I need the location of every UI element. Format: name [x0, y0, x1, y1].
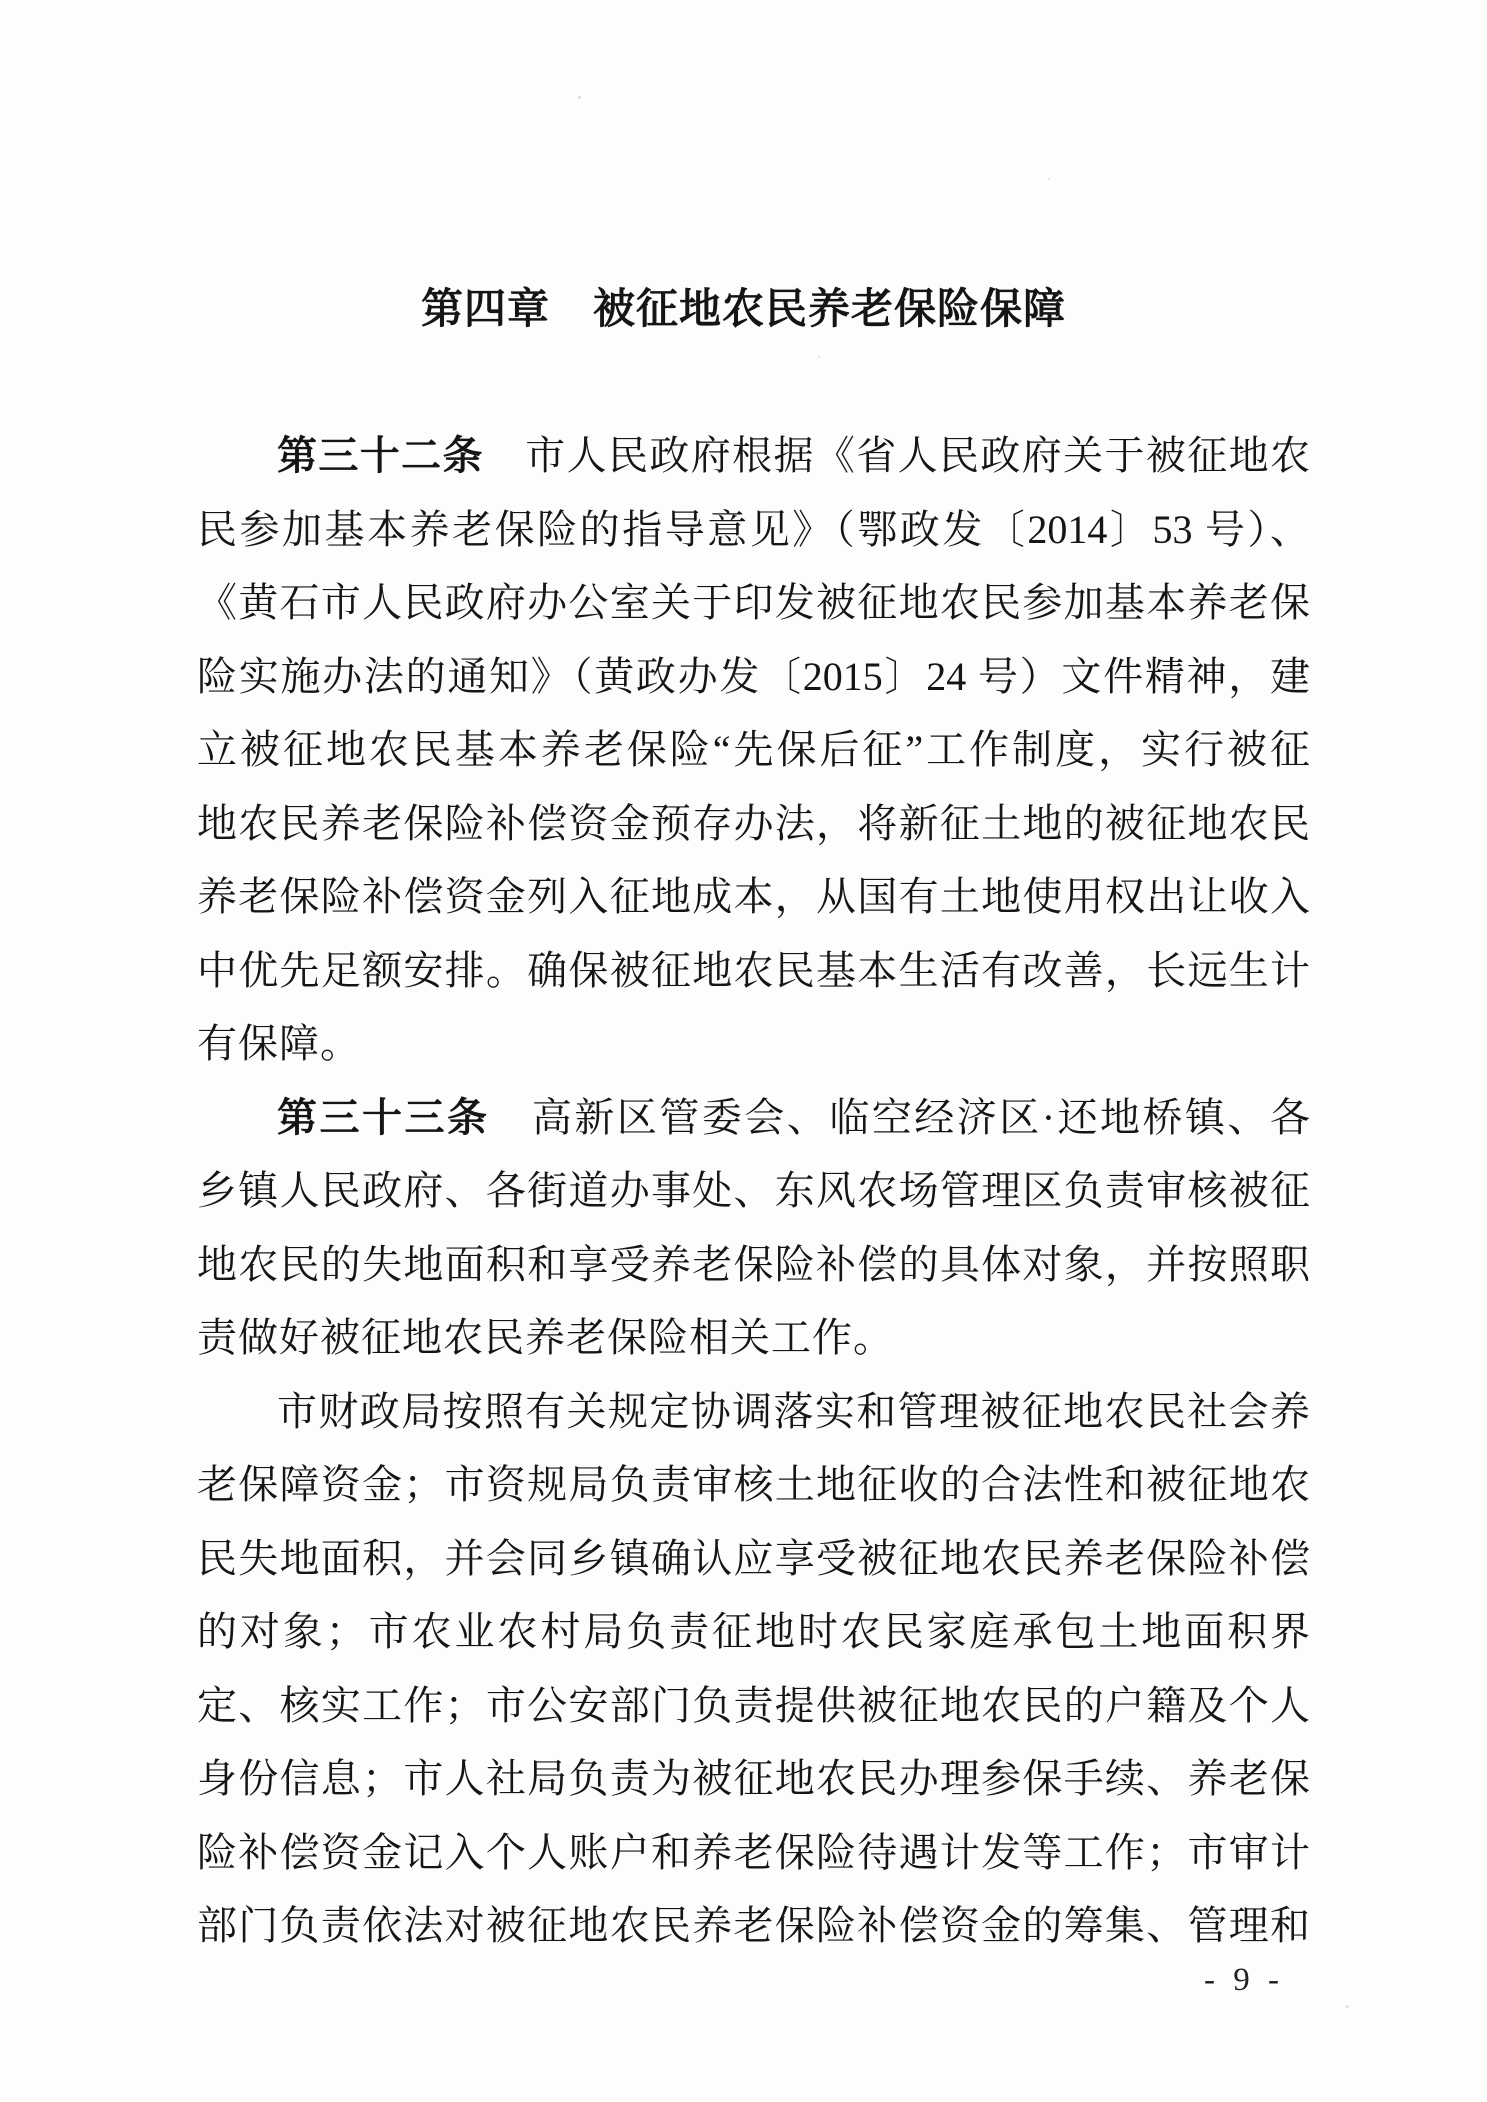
document-body: 第三十二条 市人民政府根据《省人民政府关于被征地农 民参加基本养老保险的指导意见… — [197, 419, 1310, 1963]
text-line-18: 定、核实工作；市公安部门负责提供被征地农民的户籍及个人 — [197, 1669, 1310, 1743]
text-line-3: 《黄石市人民政府办公室关于印发被征地农民参加基本养老保 — [197, 566, 1310, 640]
text-line-14: 市财政局按照有关规定协调落实和管理被征地农民社会养 — [197, 1375, 1310, 1449]
article-32-number: 第三十二条 — [277, 434, 484, 478]
text-line-13: 责做好被征地农民养老保险相关工作。 — [197, 1301, 1310, 1375]
text-line-16: 民失地面积，并会同乡镇确认应享受被征地农民养老保险补偿 — [197, 1522, 1310, 1596]
scan-speck — [1048, 178, 1050, 180]
text-line-11: 乡镇人民政府、各街道办事处、东风农场管理区负责审核被征 — [197, 1154, 1310, 1228]
article-33-number: 第三十三条 — [277, 1096, 489, 1140]
text-line-12: 地农民的失地面积和享受养老保险补偿的具体对象，并按照职 — [197, 1228, 1310, 1302]
text-line-6: 地农民养老保险补偿资金预存办法，将新征土地的被征地农民 — [197, 787, 1310, 861]
text-line-17: 的对象；市农业农村局负责征地时农民家庭承包土地面积界 — [197, 1595, 1310, 1669]
scan-speck — [1345, 2005, 1349, 2008]
text-line-4: 险实施办法的通知》（黄政办发〔2015〕24 号）文件精神，建 — [197, 640, 1310, 714]
chapter-title: 第四章 被征地农民养老保险保障 — [0, 281, 1487, 337]
scanned-document-page: 第四章 被征地农民养老保险保障 第三十二条 市人民政府根据《省人民政府关于被征地… — [0, 0, 1487, 2102]
page-number: - 9 - — [1204, 1958, 1284, 2002]
scan-speck — [818, 356, 820, 358]
scan-speck — [578, 96, 581, 99]
text-line-2: 民参加基本养老保险的指导意见》（鄂政发〔2014〕53 号）、 — [197, 493, 1310, 567]
text-line-10-text: 高新区管委会、临空经济区·还地桥镇、各 — [489, 1095, 1310, 1140]
text-line-15: 老保障资金；市资规局负责审核土地征收的合法性和被征地农 — [197, 1448, 1310, 1522]
text-line-9: 有保障。 — [197, 1007, 1310, 1081]
text-line-10: 第三十三条 高新区管委会、临空经济区·还地桥镇、各 — [197, 1081, 1310, 1155]
text-line-19: 身份信息；市人社局负责为被征地农民办理参保手续、养老保 — [197, 1742, 1310, 1816]
text-line-20: 险补偿资金记入个人账户和养老保险待遇计发等工作；市审计 — [197, 1816, 1310, 1890]
text-line-5: 立被征地农民基本养老保险“先保后征”工作制度，实行被征 — [197, 713, 1310, 787]
text-line-21: 部门负责依法对被征地农民养老保险补偿资金的筹集、管理和 — [197, 1889, 1310, 1963]
text-line-1-text: 市人民政府根据《省人民政府关于被征地农 — [484, 433, 1310, 478]
text-line-8: 中优先足额安排。确保被征地农民基本生活有改善，长远生计 — [197, 934, 1310, 1008]
text-line-1: 第三十二条 市人民政府根据《省人民政府关于被征地农 — [197, 419, 1310, 493]
text-line-7: 养老保险补偿资金列入征地成本，从国有土地使用权出让收入 — [197, 860, 1310, 934]
